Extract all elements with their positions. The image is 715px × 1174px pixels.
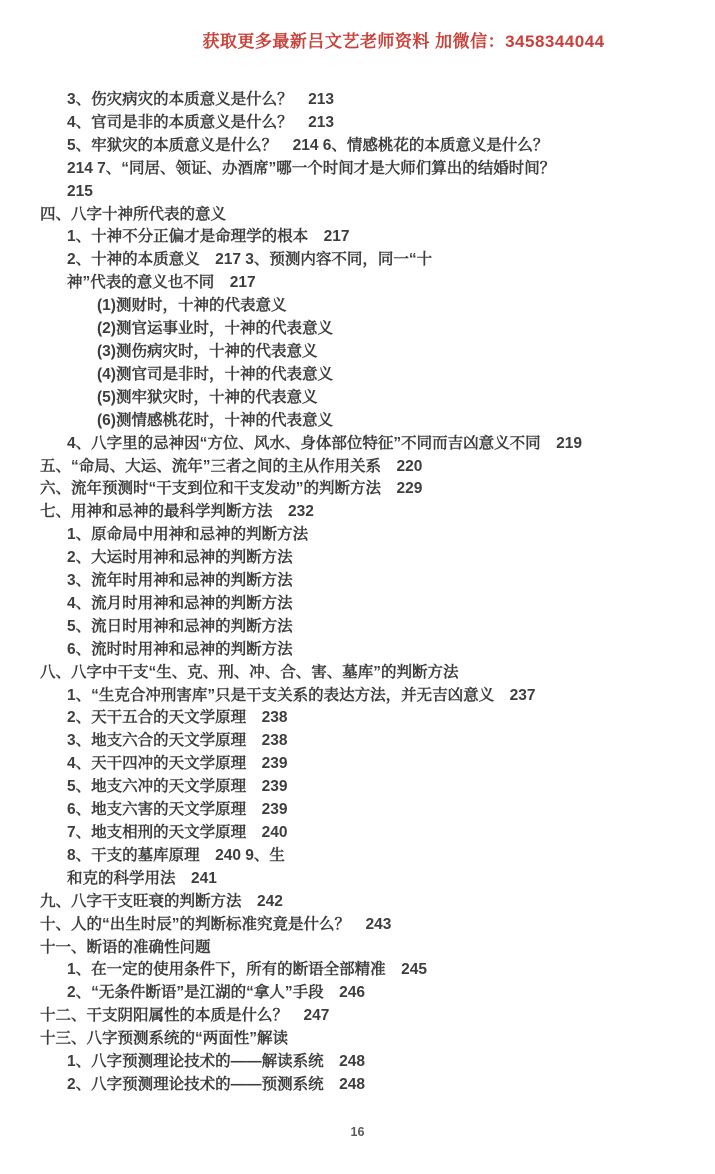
toc-line: 十二、干支阴阳属性的本质是什么？ 247: [0, 1005, 715, 1028]
toc-line: 8、干支的墓库原理 240 9、生: [0, 845, 715, 868]
toc-line: 3、伤灾病灾的本质意义是什么？ 213: [0, 89, 715, 112]
toc-line: 6、地支六害的天文学原理 239: [0, 799, 715, 822]
toc-line: (1)测财时，十神的代表意义: [0, 295, 715, 318]
toc-line: (5)测牢狱灾时，十神的代表意义: [0, 387, 715, 410]
toc-line: 6、流时时用神和忌神的判断方法: [0, 639, 715, 662]
toc-line: (2)测官运事业时，十神的代表意义: [0, 318, 715, 341]
toc-line: 五、“命局、大运、流年”三者之间的主从作用关系 220: [0, 456, 715, 479]
toc-line: (4)测官司是非时，十神的代表意义: [0, 364, 715, 387]
toc-line: 7、地支相刑的天文学原理 240: [0, 822, 715, 845]
toc-line: 3、流年时用神和忌神的判断方法: [0, 570, 715, 593]
toc-line: 2、八字预测理论技术的——预测系统 248: [0, 1074, 715, 1097]
document-page: 获取更多最新吕文艺老师资料 加微信：3458344044 3、伤灾病灾的本质意义…: [0, 0, 715, 1097]
toc-line: 2、天干五合的天文学原理 238: [0, 707, 715, 730]
toc-line: 2、“无条件断语”是江湖的“拿人”手段 246: [0, 982, 715, 1005]
toc-line: 5、地支六冲的天文学原理 239: [0, 776, 715, 799]
toc-line: 215: [0, 181, 715, 204]
toc-line: 1、在一定的使用条件下，所有的断语全部精准 245: [0, 959, 715, 982]
toc-line: 5、牢狱灾的本质意义是什么？ 214 6、情感桃花的本质意义是什么？: [0, 135, 715, 158]
toc-line: 5、流日时用神和忌神的判断方法: [0, 616, 715, 639]
toc-line: 1、原命局中用神和忌神的判断方法: [0, 524, 715, 547]
toc-line: 1、八字预测理论技术的——解读系统 248: [0, 1051, 715, 1074]
toc-line: 4、流月时用神和忌神的判断方法: [0, 593, 715, 616]
toc-line: 4、官司是非的本质意义是什么？ 213: [0, 112, 715, 135]
toc-line: 六、流年预测时“干支到位和干支发动”的判断方法 229: [0, 478, 715, 501]
toc-line: 4、八字里的忌神因“方位、风水、身体部位特征”不同而吉凶意义不同 219: [0, 433, 715, 456]
toc-line: 八、八字中干支“生、克、刑、冲、合、害、墓库”的判断方法: [0, 662, 715, 685]
toc-line: 十三、八字预测系统的“两面性”解读: [0, 1028, 715, 1051]
toc-line: (6)测情感桃花时，十神的代表意义: [0, 410, 715, 433]
toc-line: 和克的科学用法 241: [0, 868, 715, 891]
toc-line: 2、大运时用神和忌神的判断方法: [0, 547, 715, 570]
toc-line: 4、天干四冲的天文学原理 239: [0, 753, 715, 776]
page-number: 16: [0, 1125, 715, 1139]
toc-line: (3)测伤病灾时，十神的代表意义: [0, 341, 715, 364]
toc-line: 十一、断语的准确性问题: [0, 937, 715, 960]
toc-line: 七、用神和忌神的最科学判断方法 232: [0, 501, 715, 524]
toc-line: 九、八字干支旺衰的判断方法 242: [0, 891, 715, 914]
toc-line: 2、十神的本质意义 217 3、预测内容不同，同一“十: [0, 249, 715, 272]
toc-line: 十、人的“出生时辰”的判断标准究竟是什么？ 243: [0, 914, 715, 937]
toc-line: 1、十神不分正偏才是命理学的根本 217: [0, 226, 715, 249]
toc-line: 1、“生克合冲刑害库”只是干支关系的表达方法，并无吉凶意义 237: [0, 685, 715, 708]
toc-line: 214 7、“同居、领证、办酒席”哪一个时间才是大师们算出的结婚时间？: [0, 158, 715, 181]
promo-header-text: 获取更多最新吕文艺老师资料 加微信：3458344044: [0, 0, 715, 52]
toc-line: 四、八字十神所代表的意义: [0, 204, 715, 227]
toc-line: 3、地支六合的天文学原理 238: [0, 730, 715, 753]
table-of-contents: 3、伤灾病灾的本质意义是什么？ 2134、官司是非的本质意义是什么？ 2135、…: [0, 89, 715, 1097]
toc-line: 神”代表的意义也不同 217: [0, 272, 715, 295]
